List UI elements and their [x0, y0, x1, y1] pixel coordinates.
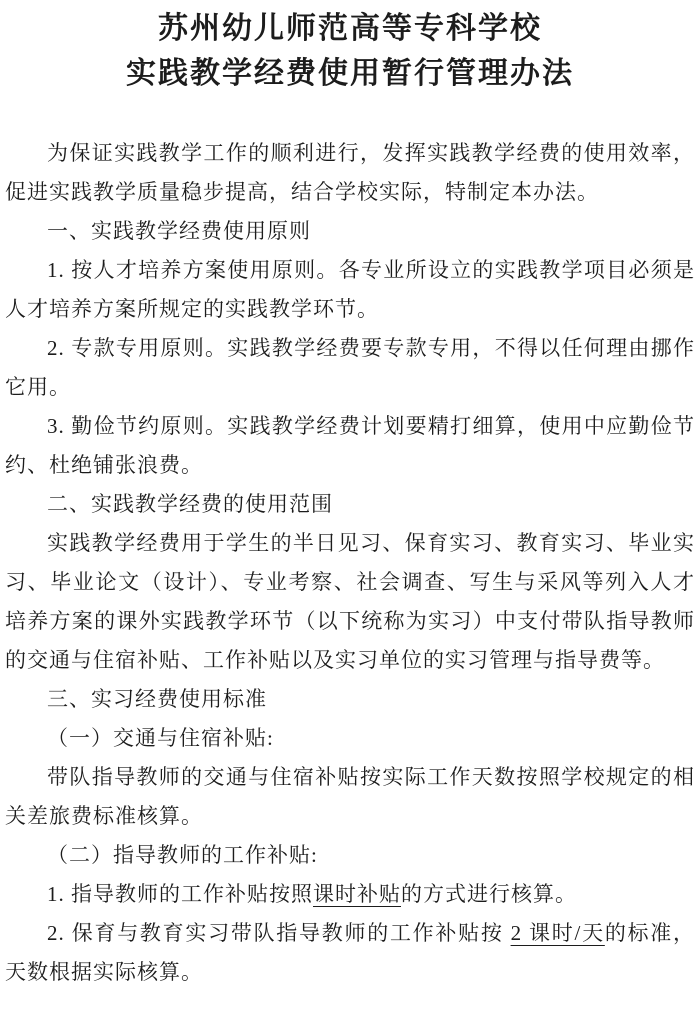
- text-segment: 三、实习经费使用标准: [47, 687, 267, 711]
- document-page: 苏州幼儿师范高等专科学校 实践教学经费使用暂行管理办法 为保证实践教学工作的顺利…: [0, 0, 700, 1011]
- text-segment: 的方式进行核算。: [401, 882, 577, 906]
- document-body: 为保证实践教学工作的顺利进行，发挥实践教学经费的使用效率，促进实践教学质量稳步提…: [5, 134, 695, 992]
- underlined-text: 2 课时/天: [511, 921, 605, 945]
- document-title: 苏州幼儿师范高等专科学校 实践教学经费使用暂行管理办法: [5, 6, 695, 96]
- text-segment: 带队指导教师的交通与住宿补贴按实际工作天数按照学校规定的相关差旅费标准核算。: [5, 765, 695, 828]
- paragraph: 二、实践教学经费的使用范围: [5, 485, 695, 524]
- text-segment: 一、实践教学经费使用原则: [47, 219, 311, 243]
- paragraph: 1. 按人才培养方案使用原则。各专业所设立的实践教学项目必须是人才培养方案所规定…: [5, 251, 695, 329]
- paragraph: （一）交通与住宿补贴:: [5, 719, 695, 758]
- text-segment: 1. 指导教师的工作补贴按照: [47, 882, 313, 906]
- paragraph: 一、实践教学经费使用原则: [5, 212, 695, 251]
- paragraph: 带队指导教师的交通与住宿补贴按实际工作天数按照学校规定的相关差旅费标准核算。: [5, 758, 695, 836]
- text-segment: 实践教学经费用于学生的半日见习、保育实习、教育实习、毕业实习、毕业论文（设计）、…: [5, 531, 695, 672]
- underlined-text: 课时补贴: [313, 882, 401, 906]
- paragraph: （二）指导教师的工作补贴:: [5, 836, 695, 875]
- document-title-line-1: 苏州幼儿师范高等专科学校: [5, 6, 695, 51]
- paragraph: 2. 专款专用原则。实践教学经费要专款专用，不得以任何理由挪作它用。: [5, 329, 695, 407]
- text-segment: 为保证实践教学工作的顺利进行，发挥实践教学经费的使用效率，促进实践教学质量稳步提…: [5, 141, 695, 204]
- text-segment: 3. 勤俭节约原则。实践教学经费计划要精打细算，使用中应勤俭节约、杜绝铺张浪费。: [5, 414, 695, 477]
- document-title-line-2: 实践教学经费使用暂行管理办法: [5, 51, 695, 96]
- text-segment: 2. 保育与教育实习带队指导教师的工作补贴按: [47, 921, 511, 945]
- text-segment: 1. 按人才培养方案使用原则。各专业所设立的实践教学项目必须是人才培养方案所规定…: [5, 258, 695, 321]
- paragraph: 为保证实践教学工作的顺利进行，发挥实践教学经费的使用效率，促进实践教学质量稳步提…: [5, 134, 695, 212]
- text-segment: （一）交通与住宿补贴:: [47, 726, 274, 750]
- text-segment: 2. 专款专用原则。实践教学经费要专款专用，不得以任何理由挪作它用。: [5, 336, 695, 399]
- paragraph: 3. 勤俭节约原则。实践教学经费计划要精打细算，使用中应勤俭节约、杜绝铺张浪费。: [5, 407, 695, 485]
- paragraph: 1. 指导教师的工作补贴按照课时补贴的方式进行核算。: [5, 875, 695, 914]
- text-segment: （二）指导教师的工作补贴:: [47, 843, 318, 867]
- paragraph: 三、实习经费使用标准: [5, 680, 695, 719]
- paragraph: 实践教学经费用于学生的半日见习、保育实习、教育实习、毕业实习、毕业论文（设计）、…: [5, 524, 695, 680]
- paragraph: 2. 保育与教育实习带队指导教师的工作补贴按 2 课时/天的标准，天数根据实际核…: [5, 914, 695, 992]
- text-segment: 二、实践教学经费的使用范围: [47, 492, 333, 516]
